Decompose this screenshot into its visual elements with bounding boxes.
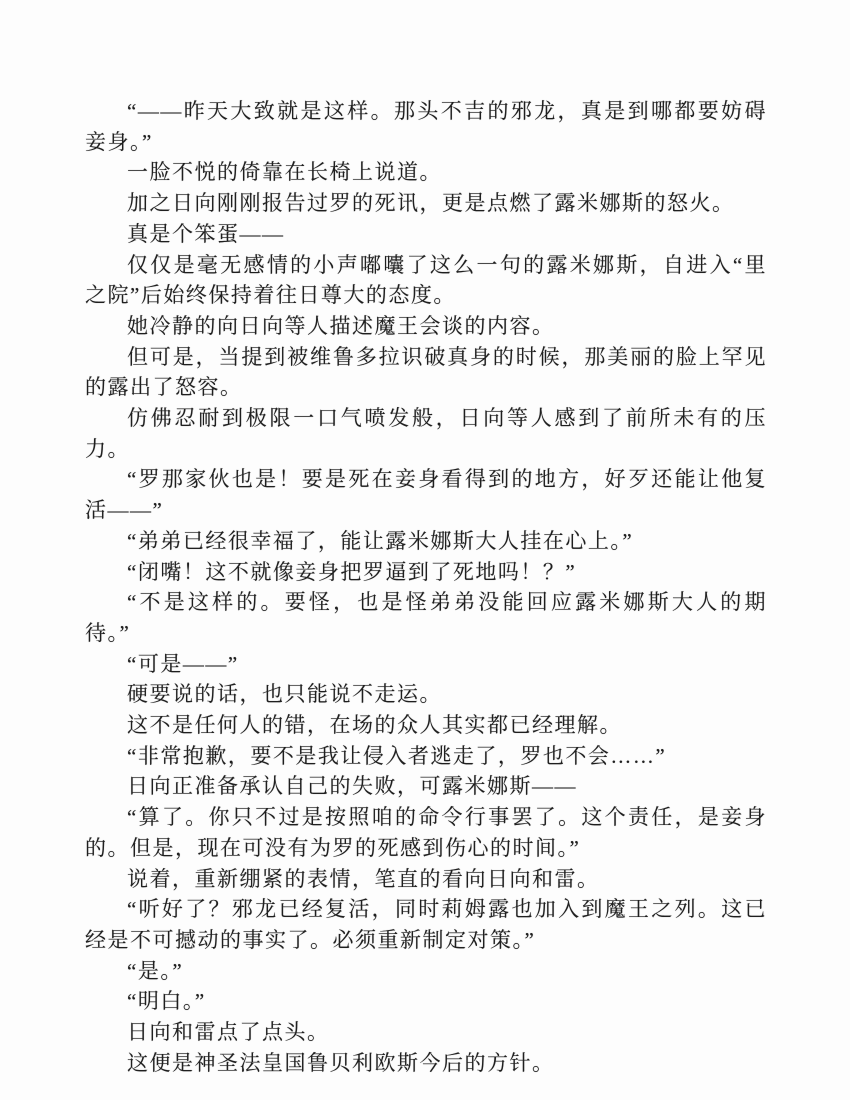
paragraph: 硬要说的话，也只能说不走运。 (85, 679, 767, 710)
text-block: “——昨天大致就是这样。那头不吉的邪龙，真是到哪都要妨碍妾身。”一脸不悦的倚靠在… (85, 96, 767, 1079)
paragraph: 她冷静的向日向等人描述魔王会谈的内容。 (85, 311, 767, 342)
paragraph: 一脸不悦的倚靠在长椅上说道。 (85, 157, 767, 188)
paragraph: “非常抱歉，要不是我让侵入者逃走了，罗也不会……” (85, 741, 767, 772)
paragraph: 说着，重新绷紧的表情，笔直的看向日向和雷。 (85, 864, 767, 895)
novel-page: “——昨天大致就是这样。那头不吉的邪龙，真是到哪都要妨碍妾身。”一脸不悦的倚靠在… (0, 0, 850, 1100)
paragraph: 这便是神圣法皇国鲁贝利欧斯今后的方针。 (85, 1048, 767, 1079)
paragraph: 仿佛忍耐到极限一口气喷发般，日向等人感到了前所未有的压力。 (85, 403, 767, 464)
paragraph: “不是这样的。要怪，也是怪弟弟没能回应露米娜斯大人的期待。” (85, 587, 767, 648)
paragraph: “罗那家伙也是！要是死在妾身看得到的地方，好歹还能让他复活——” (85, 464, 767, 525)
paragraph: “是。” (85, 956, 767, 987)
paragraph: “听好了？邪龙已经复活，同时莉姆露也加入到魔王之列。这已经是不可撼动的事实了。必… (85, 894, 767, 955)
paragraph: “算了。你只不过是按照咱的命令行事罢了。这个责任，是妾身的。但是，现在可没有为罗… (85, 802, 767, 863)
paragraph: 仅仅是毫无感情的小声嘟囔了这么一句的露米娜斯，自进入“里之院”后始终保持着往日尊… (85, 250, 767, 311)
paragraph: 日向和雷点了点头。 (85, 1017, 767, 1048)
paragraph: 加之日向刚刚报告过罗的死讯，更是点燃了露米娜斯的怒火。 (85, 188, 767, 219)
paragraph: 日向正准备承认自己的失败，可露米娜斯—— (85, 771, 767, 802)
paragraph: “明白。” (85, 986, 767, 1017)
paragraph: “闭嘴！这不就像妾身把罗逼到了死地吗！？” (85, 557, 767, 588)
paragraph: “可是——” (85, 649, 767, 680)
paragraph: 这不是任何人的错，在场的众人其实都已经理解。 (85, 710, 767, 741)
paragraph: “弟弟已经很幸福了，能让露米娜斯大人挂在心上。” (85, 526, 767, 557)
paragraph: 真是个笨蛋—— (85, 219, 767, 250)
paragraph: 但可是，当提到被维鲁多拉识破真身的时候，那美丽的脸上罕见的露出了怒容。 (85, 342, 767, 403)
paragraph: “——昨天大致就是这样。那头不吉的邪龙，真是到哪都要妨碍妾身。” (85, 96, 767, 157)
